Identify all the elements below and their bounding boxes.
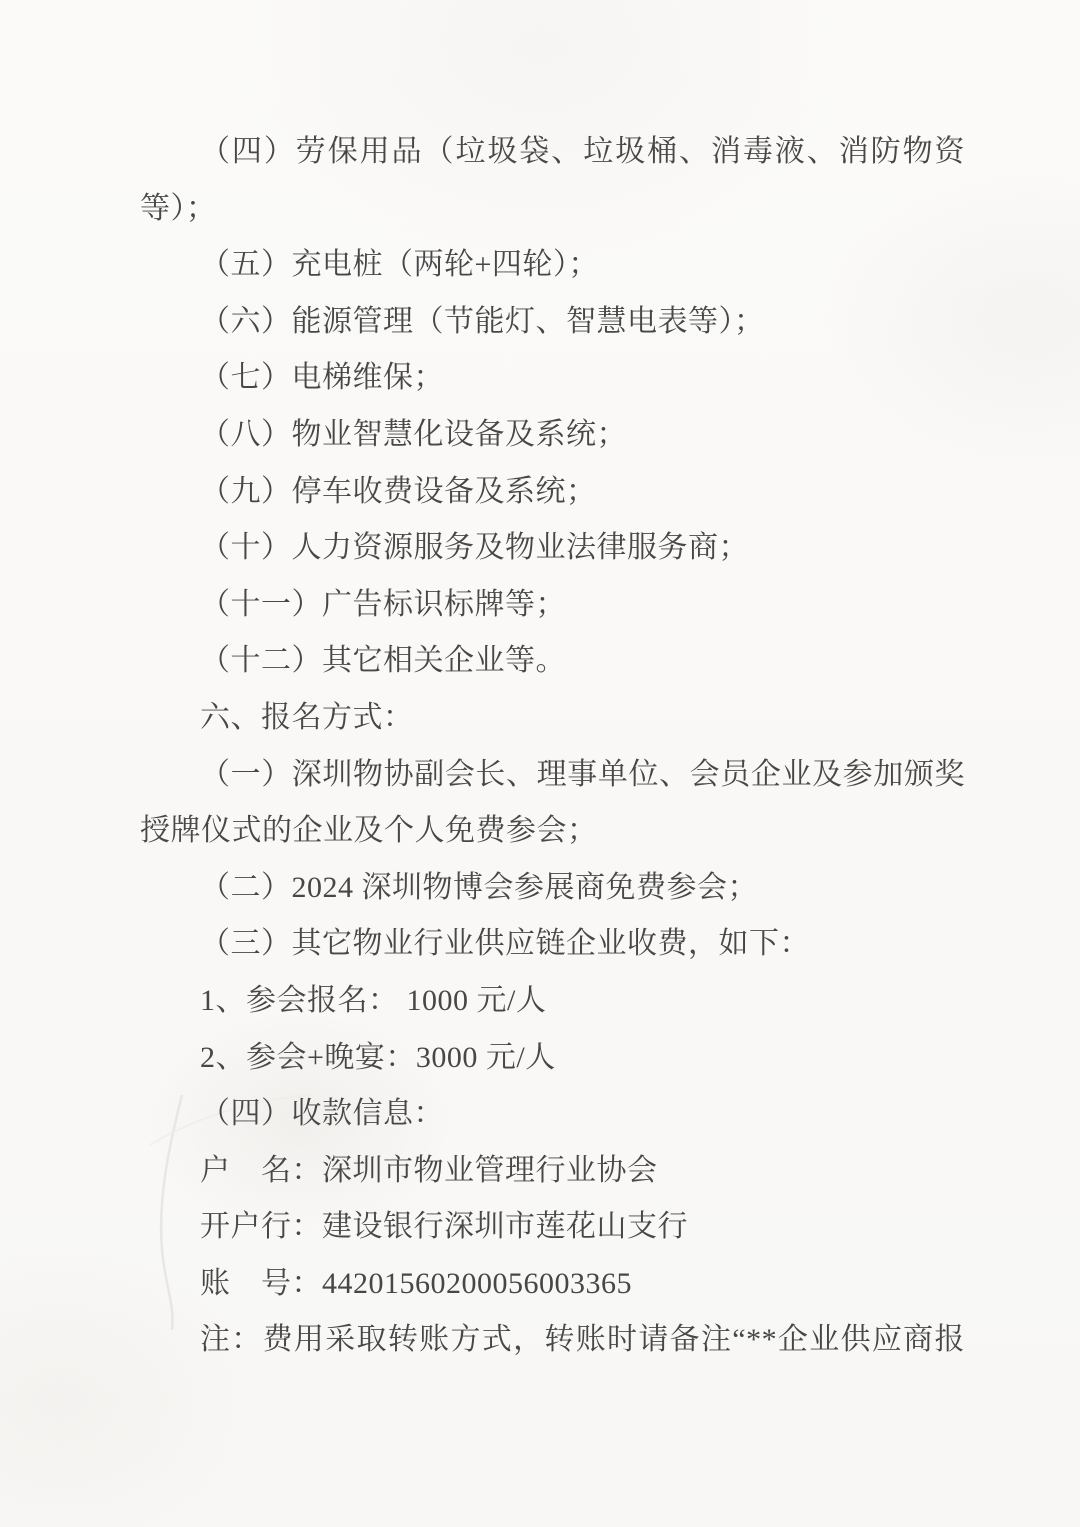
list-item-7-elevator-maintenance: （七）电梯维保； bbox=[140, 350, 965, 407]
list-item-9-parking-fee-systems: （九）停车收费设备及系统； bbox=[140, 464, 965, 521]
fee-attendance-banquet: 2、参会+晚宴：3000 元/人 bbox=[140, 1030, 965, 1087]
list-item-12-other-related: （十二）其它相关企业等。 bbox=[140, 633, 965, 690]
list-item-11-advertising-signage: （十一）广告标识标牌等； bbox=[140, 577, 965, 634]
item-1-free-attendance: （一）深圳物协副会长、理事单位、会员企业及参加颁奖 bbox=[140, 747, 965, 804]
list-item-4-labor-supplies: （四）劳保用品（垃圾袋、垃圾桶、消毒液、消防物资 bbox=[140, 124, 965, 181]
account-number-line: 账 号：44201560200056003365 bbox=[140, 1256, 965, 1313]
note-transfer-remark-line: 注：费用采取转账方式，转账时请备注“**企业供应商报 bbox=[140, 1312, 965, 1369]
section-6-registration-heading: 六、报名方式： bbox=[140, 690, 965, 747]
list-item-10-hr-legal-services: （十）人力资源服务及物业法律服务商； bbox=[140, 520, 965, 577]
account-name-line: 户 名：深圳市物业管理行业协会 bbox=[140, 1143, 965, 1200]
item-3-supply-chain-fees: （三）其它物业行业供应链企业收费，如下： bbox=[140, 916, 965, 973]
item-4-payment-info-heading: （四）收款信息： bbox=[140, 1086, 965, 1143]
document-page: （四）劳保用品（垃圾袋、垃圾桶、消毒液、消防物资 等）； （五）充电桩（两轮+四… bbox=[0, 0, 1080, 1527]
list-item-6-energy-management: （六）能源管理（节能灯、智慧电表等）； bbox=[140, 294, 965, 351]
item-2-expo-exhibitors-free: （二）2024 深圳物博会参展商免费参会； bbox=[140, 860, 965, 917]
document-text-block: （四）劳保用品（垃圾袋、垃圾桶、消毒液、消防物资 等）； （五）充电桩（两轮+四… bbox=[140, 124, 965, 1369]
list-item-8-smart-property-systems: （八）物业智慧化设备及系统； bbox=[140, 407, 965, 464]
list-item-5-charging-piles: （五）充电桩（两轮+四轮）； bbox=[140, 237, 965, 294]
bank-branch-line: 开户行：建设银行深圳市莲花山支行 bbox=[140, 1199, 965, 1256]
item-1-continuation: 授牌仪式的企业及个人免费参会； bbox=[140, 803, 965, 860]
list-item-4-continuation: 等）； bbox=[140, 181, 965, 238]
fee-attendance: 1、参会报名： 1000 元/人 bbox=[140, 973, 965, 1030]
